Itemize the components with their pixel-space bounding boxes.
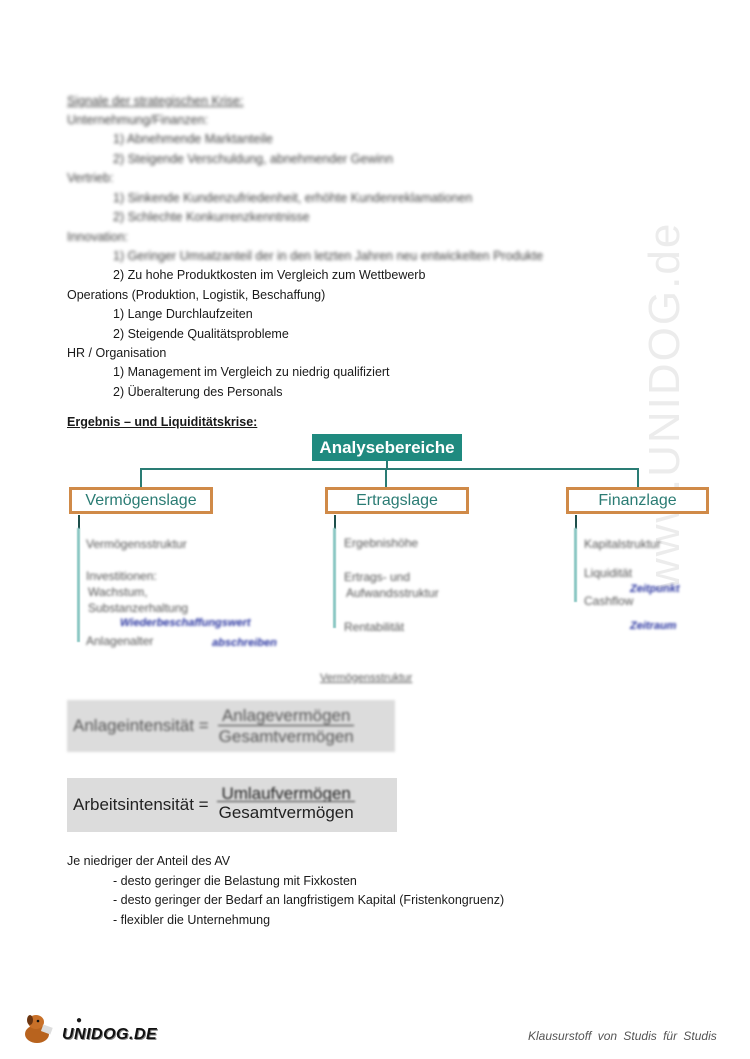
section-title: Operations (Produktion, Logistik, Bescha…: [67, 286, 325, 306]
sub-item: Anlagenalter: [86, 634, 153, 649]
list-item: 1) Geringer Umsatzanteil der in den letz…: [113, 247, 543, 267]
connector: [140, 468, 142, 487]
logo-text: UNIDOG.DE: [62, 1026, 157, 1044]
connector: [637, 468, 639, 487]
list-item: 2) Steigende Verschuldung, abnehmender G…: [113, 150, 393, 170]
formula-denominator: Gesamtvermögen: [215, 726, 358, 747]
paw-icon: ●: [76, 1016, 82, 1026]
list-item: 2) Überalterung des Personals: [113, 383, 283, 403]
conclusion-lead: Je niedriger der Anteil des AV: [67, 852, 230, 872]
sub-item: Wachstum,: [88, 585, 148, 600]
footer-tagline: Klausurstoff von Studis für Studis: [528, 1029, 717, 1043]
list-item: 1) Lange Durchlaufzeiten: [113, 305, 253, 325]
formula-anlageintensitaet: Anlageintensität = Anlagevermögen Gesamt…: [67, 700, 395, 752]
formula-lhs: Anlageintensität =: [73, 716, 209, 736]
annotation: Wiederbeschaffungswert: [120, 617, 251, 629]
section-title: Vertrieb:: [67, 169, 114, 189]
formula-denominator: Gesamtvermögen: [215, 802, 358, 823]
connector: [140, 468, 639, 470]
formula-numerator: Umlaufvermögen: [217, 787, 354, 802]
unidog-logo: ● UNIDOG.DE: [22, 1012, 157, 1044]
sub-item: Vermögensstruktur: [86, 537, 187, 552]
category-ertragslage: Ertragslage: [325, 487, 469, 514]
section-title: Unternehmung/Finanzen:: [67, 111, 208, 131]
annotation: Zeitpunkt: [630, 583, 680, 595]
list-item: 2) Zu hohe Produktkosten im Vergleich zu…: [113, 266, 425, 286]
sub-item: Investitionen:: [86, 569, 157, 584]
dog-icon: [22, 1012, 60, 1044]
annotation: Zeitraum: [630, 620, 676, 632]
diagram-root: Analysebereiche: [312, 434, 462, 461]
annotation: abschreiben: [212, 637, 277, 649]
list-item: - desto geringer die Belastung mit Fixko…: [113, 872, 357, 892]
strategic-crisis-heading: Signale der strategischen Krise:: [67, 92, 243, 112]
caption: Vermögensstruktur: [320, 671, 412, 686]
connector: [385, 468, 387, 487]
formula-lhs: Arbeitsintensität =: [73, 795, 209, 815]
list-item: 2) Schlechte Konkurrenzkenntnisse: [113, 208, 310, 228]
sub-item: Substanzerhaltung: [88, 601, 188, 616]
formula-numerator: Anlagevermögen: [218, 706, 355, 726]
list-item: 1) Sinkende Kundenzufriedenheit, erhöhte…: [113, 189, 472, 209]
sub-item: Cashflow: [584, 594, 633, 609]
list-item: 1) Management im Vergleich zu niedrig qu…: [113, 363, 390, 383]
sub-item: Ertrags- und: [344, 570, 410, 585]
sub-item: Rentabilität: [344, 620, 404, 635]
list-item: - flexibler die Unternehmung: [113, 911, 270, 931]
sub-item: Aufwandsstruktur: [346, 586, 439, 601]
section-title: HR / Organisation: [67, 344, 166, 364]
category-vermoegenslage: Vermögenslage: [69, 487, 213, 514]
result-crisis-heading: Ergebnis – und Liquiditätskrise:: [67, 413, 257, 433]
list-item: - desto geringer der Bedarf an langfrist…: [113, 891, 504, 911]
list-item: 2) Steigende Qualitätsprobleme: [113, 325, 289, 345]
sub-item: Ergebnishöhe: [344, 536, 418, 551]
sub-item: Kapitalstruktur: [584, 537, 661, 552]
formula-arbeitsintensitaet: Arbeitsintensität = Umlaufvermögen Gesam…: [67, 778, 397, 832]
watermark: www.UNIDOG.de: [640, 222, 690, 590]
section-title: Innovation:: [67, 228, 128, 248]
list-item: 1) Abnehmende Marktanteile: [113, 130, 273, 150]
sub-item: Liquidität: [584, 566, 632, 581]
category-finanzlage: Finanzlage: [566, 487, 709, 514]
